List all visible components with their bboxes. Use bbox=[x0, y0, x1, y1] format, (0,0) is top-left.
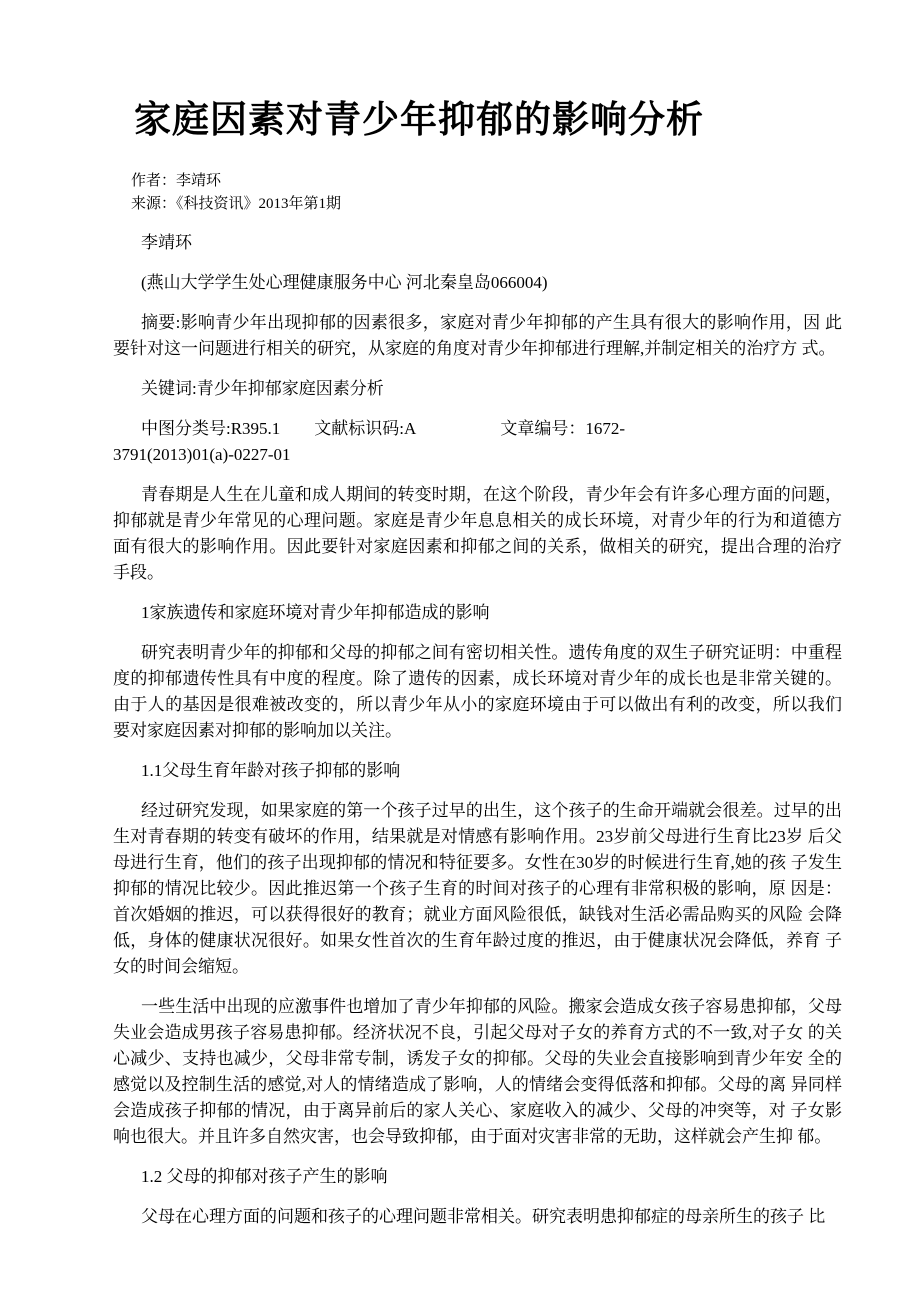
section-1-1-paragraph-2: 一些生活中出现的应激事件也增加了青少年抑郁的风险。搬家会造成女孩子容易患抑郁，父… bbox=[113, 994, 842, 1150]
section-1-1-paragraph-1: 经过研究发现，如果家庭的第一个孩子过早的出生，这个孩子的生命开端就会很差。过早的… bbox=[113, 798, 842, 980]
classification-paragraph: 中图分类号:R395.1 文献标识码:A 文章编号：1672-3791(2013… bbox=[113, 416, 842, 468]
section-1-2-heading: 1.2 父母的抑郁对孩子产生的影响 bbox=[113, 1164, 842, 1190]
abstract-paragraph: 摘要:影响青少年出现抑郁的因素很多，家庭对青少年抑郁的产生具有很大的影响作用，因… bbox=[113, 310, 842, 362]
section-1-1-heading: 1.1父母生育年龄对孩子抑郁的影响 bbox=[113, 758, 842, 784]
intro-paragraph: 青春期是人生在儿童和成人期间的转变时期，在这个阶段，青少年会有许多心理方面的问题… bbox=[113, 482, 842, 586]
section-1-2-paragraph-1: 父母在心理方面的问题和孩子的心理问题非常相关。研究表明患抑郁症的母亲所生的孩子 … bbox=[113, 1204, 842, 1230]
classification-line-2: 3791(2013)01(a)-0227-01 bbox=[113, 445, 291, 464]
byline-affiliation: (燕山大学学生处心理健康服务中心 河北秦皇岛066004) bbox=[113, 270, 842, 296]
article-content: 李靖环 (燕山大学学生处心理健康服务中心 河北秦皇岛066004) 摘要:影响青… bbox=[113, 230, 842, 1230]
author-line: 作者：李靖环 bbox=[131, 170, 842, 193]
byline-author: 李靖环 bbox=[113, 230, 842, 256]
section-1-paragraph: 研究表明青少年的抑郁和父母的抑郁之间有密切相关性。遗传角度的双生子研究证明：中重… bbox=[113, 640, 842, 744]
keywords-paragraph: 关键词:青少年抑郁家庭因素分析 bbox=[113, 376, 842, 402]
section-1-heading: 1家族遗传和家庭环境对青少年抑郁造成的影响 bbox=[113, 600, 842, 626]
page-title: 家庭因素对青少年抑郁的影响分析 bbox=[134, 100, 842, 143]
classification-line-1: 中图分类号:R395.1 文献标识码:A 文章编号：1672- bbox=[141, 419, 625, 438]
source-line: 来源：《科技资讯》2013年第1期 bbox=[131, 193, 842, 216]
article-meta: 作者：李靖环 来源：《科技资讯》2013年第1期 bbox=[131, 170, 842, 216]
document-page: 家庭因素对青少年抑郁的影响分析 作者：李靖环 来源：《科技资讯》2013年第1期… bbox=[0, 0, 920, 1302]
